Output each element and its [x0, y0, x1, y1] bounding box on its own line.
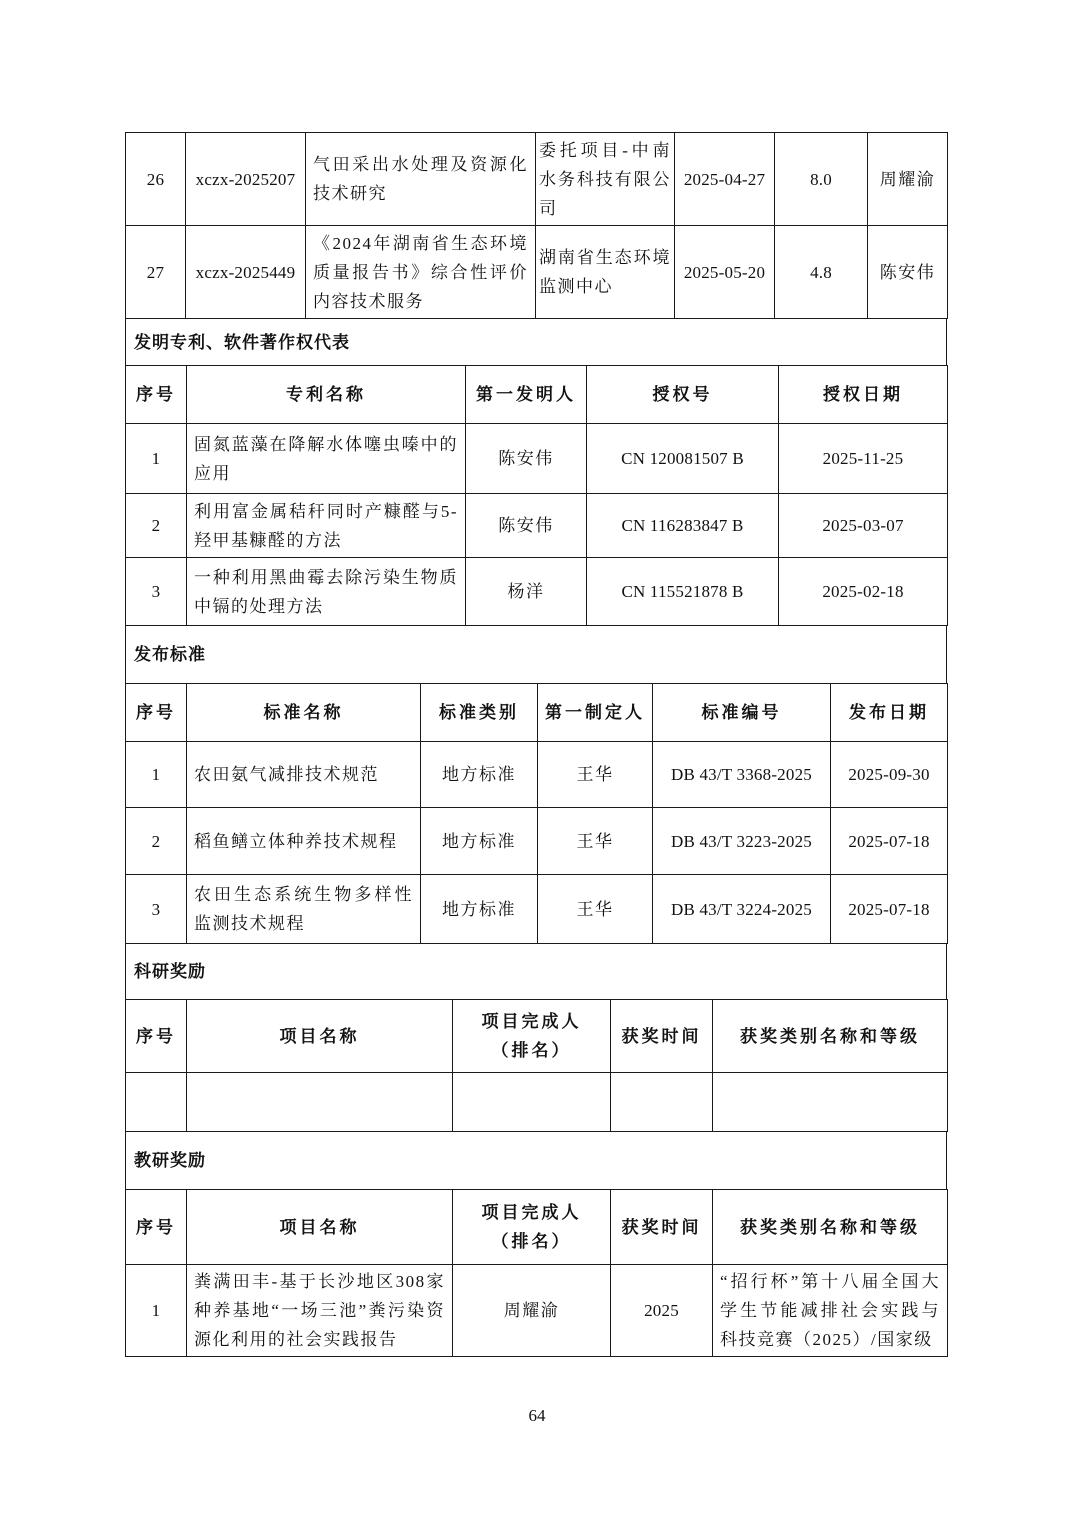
cell-standard-name: 农田生态系统生物多样性监测技术规程 [187, 875, 421, 944]
cell-patent-name: 一种利用黑曲霉去除污染生物质中镉的处理方法 [187, 558, 466, 626]
cell-standard-name: 稻鱼鳝立体种养技术规程 [187, 808, 421, 875]
cell-drafter: 王华 [538, 808, 653, 875]
cell-amount: 8.0 [775, 133, 868, 226]
patents-section-label-row: 发明专利、软件著作权代表 [125, 318, 947, 366]
cell-grant-number: CN 120081507 B [587, 424, 779, 494]
header-standard-type: 标准类别 [421, 684, 538, 742]
cell-grant-number: CN 115521878 B [587, 558, 779, 626]
document-content: 26 xczx-2025207 气田采出水处理及资源化技术研究 委托项目-中南水… [125, 132, 947, 1357]
cell-grant-date: 2025-03-07 [779, 494, 948, 558]
table-row: 26 xczx-2025207 气田采出水处理及资源化技术研究 委托项目-中南水… [126, 133, 948, 226]
cell-serial: 1 [126, 742, 187, 808]
cell-grant-number: CN 116283847 B [587, 494, 779, 558]
cell-serial: 3 [126, 558, 187, 626]
header-serial: 序号 [126, 684, 187, 742]
section-label-standards: 发布标准 [126, 626, 947, 684]
teaching-awards-table: 序号 项目名称 项目完成人 （排名） 获奖时间 获奖类别名称和等级 1 粪满田丰… [125, 1189, 948, 1357]
section-label-patents: 发明专利、软件著作权代表 [126, 319, 947, 366]
header-award-time: 获奖时间 [611, 1000, 713, 1073]
header-award-category: 获奖类别名称和等级 [713, 1190, 948, 1265]
standards-table: 序号 标准名称 标准类别 第一制定人 标准编号 发布日期 1 农田氨气减排技术规… [125, 683, 948, 944]
cell-completer: 周耀渝 [453, 1265, 611, 1357]
cell-serial: 2 [126, 494, 187, 558]
table-row: 2 利用富金属秸秆同时产糠醛与5-羟甲基糠醛的方法 陈安伟 CN 1162838… [126, 494, 948, 558]
cell-project-title: 《2024年湖南省生态环境质量报告书》综合性评价内容技术服务 [306, 226, 536, 319]
cell-client: 湖南省生态环境监测中心 [536, 226, 675, 319]
cell-award-time [611, 1073, 713, 1132]
cell-serial: 26 [126, 133, 186, 226]
cell-publish-date: 2025-07-18 [831, 808, 948, 875]
cell-serial [126, 1073, 187, 1132]
cell-serial: 2 [126, 808, 187, 875]
header-row: 序号 项目名称 项目完成人 （排名） 获奖时间 获奖类别名称和等级 [126, 1000, 948, 1073]
cell-award-category: “招行杯”第十八届全国大学生节能减排社会实践与科技竞赛（2025）/国家级 [713, 1265, 948, 1357]
header-project-completer-line2: （排名） [456, 1227, 607, 1256]
cell-standard-number: DB 43/T 3223-2025 [653, 808, 831, 875]
standards-section-label-row: 发布标准 [125, 625, 947, 684]
table-row: 2 稻鱼鳝立体种养技术规程 地方标准 王华 DB 43/T 3223-2025 … [126, 808, 948, 875]
cell-patent-name: 固氮蓝藻在降解水体噻虫嗪中的应用 [187, 424, 466, 494]
header-row: 序号 项目名称 项目完成人 （排名） 获奖时间 获奖类别名称和等级 [126, 1190, 948, 1265]
section-label-teaching-awards: 教研奖励 [126, 1132, 947, 1190]
header-grant-date: 授权日期 [779, 366, 948, 424]
cell-standard-name: 农田氨气减排技术规范 [187, 742, 421, 808]
header-first-drafter: 第一制定人 [538, 684, 653, 742]
header-serial: 序号 [126, 1190, 187, 1265]
header-award-category: 获奖类别名称和等级 [713, 1000, 948, 1073]
table-row: 27 xczx-2025449 《2024年湖南省生态环境质量报告书》综合性评价… [126, 226, 948, 319]
cell-serial: 3 [126, 875, 187, 944]
projects-table: 26 xczx-2025207 气田采出水处理及资源化技术研究 委托项目-中南水… [125, 132, 948, 319]
header-publish-date: 发布日期 [831, 684, 948, 742]
table-row: 3 农田生态系统生物多样性监测技术规程 地方标准 王华 DB 43/T 3224… [126, 875, 948, 944]
header-project-completer-line1: 项目完成人 [482, 1012, 582, 1031]
cell-person: 陈安伟 [868, 226, 948, 319]
cell-standard-number: DB 43/T 3368-2025 [653, 742, 831, 808]
table-row: 1 固氮蓝藻在降解水体噻虫嗪中的应用 陈安伟 CN 120081507 B 20… [126, 424, 948, 494]
cell-project-code: xczx-2025449 [186, 226, 306, 319]
cell-standard-type: 地方标准 [421, 875, 538, 944]
cell-inventor: 杨洋 [466, 558, 587, 626]
header-serial: 序号 [126, 1000, 187, 1073]
research-awards-label-row: 科研奖励 [125, 943, 947, 1000]
cell-project-name [187, 1073, 453, 1132]
cell-date: 2025-05-20 [675, 226, 775, 319]
cell-patent-name: 利用富金属秸秆同时产糠醛与5-羟甲基糠醛的方法 [187, 494, 466, 558]
header-row: 序号 专利名称 第一发明人 授权号 授权日期 [126, 366, 948, 424]
table-row: 3 一种利用黑曲霉去除污染生物质中镉的处理方法 杨洋 CN 115521878 … [126, 558, 948, 626]
table-row: 1 农田氨气减排技术规范 地方标准 王华 DB 43/T 3368-2025 2… [126, 742, 948, 808]
cell-serial: 27 [126, 226, 186, 319]
cell-serial: 1 [126, 1265, 187, 1357]
cell-award-time: 2025 [611, 1265, 713, 1357]
teaching-awards-label-row: 教研奖励 [125, 1131, 947, 1190]
table-row: 1 粪满田丰-基于长沙地区308家种养基地“一场三池”粪污染资源化利用的社会实践… [126, 1265, 948, 1357]
cell-grant-date: 2025-11-25 [779, 424, 948, 494]
header-award-time: 获奖时间 [611, 1190, 713, 1265]
header-standard-number: 标准编号 [653, 684, 831, 742]
page-number: 64 [0, 1406, 1074, 1426]
header-first-inventor: 第一发明人 [466, 366, 587, 424]
cell-inventor: 陈安伟 [466, 494, 587, 558]
header-project-completer-line1: 项目完成人 [482, 1203, 582, 1222]
cell-project-title: 气田采出水处理及资源化技术研究 [306, 133, 536, 226]
cell-standard-number: DB 43/T 3224-2025 [653, 875, 831, 944]
header-project-completer: 项目完成人 （排名） [453, 1190, 611, 1265]
cell-grant-date: 2025-02-18 [779, 558, 948, 626]
cell-publish-date: 2025-07-18 [831, 875, 948, 944]
header-serial: 序号 [126, 366, 187, 424]
cell-drafter: 王华 [538, 742, 653, 808]
header-grant-number: 授权号 [587, 366, 779, 424]
cell-completer [453, 1073, 611, 1132]
document-page: 26 xczx-2025207 气田采出水处理及资源化技术研究 委托项目-中南水… [0, 0, 1074, 1520]
cell-amount: 4.8 [775, 226, 868, 319]
header-project-name: 项目名称 [187, 1190, 453, 1265]
header-project-completer: 项目完成人 （排名） [453, 1000, 611, 1073]
cell-date: 2025-04-27 [675, 133, 775, 226]
header-project-completer-line2: （排名） [456, 1036, 607, 1065]
cell-serial: 1 [126, 424, 187, 494]
patents-table: 序号 专利名称 第一发明人 授权号 授权日期 1 固氮蓝藻在降解水体噻虫嗪中的应… [125, 365, 948, 626]
header-patent-name: 专利名称 [187, 366, 466, 424]
research-awards-table: 序号 项目名称 项目完成人 （排名） 获奖时间 获奖类别名称和等级 [125, 999, 948, 1132]
header-project-name: 项目名称 [187, 1000, 453, 1073]
cell-person: 周耀渝 [868, 133, 948, 226]
header-standard-name: 标准名称 [187, 684, 421, 742]
cell-client: 委托项目-中南水务科技有限公司 [536, 133, 675, 226]
header-row: 序号 标准名称 标准类别 第一制定人 标准编号 发布日期 [126, 684, 948, 742]
cell-award-category [713, 1073, 948, 1132]
cell-inventor: 陈安伟 [466, 424, 587, 494]
cell-project-name: 粪满田丰-基于长沙地区308家种养基地“一场三池”粪污染资源化利用的社会实践报告 [187, 1265, 453, 1357]
cell-standard-type: 地方标准 [421, 808, 538, 875]
table-row [126, 1073, 948, 1132]
section-label-research-awards: 科研奖励 [126, 944, 947, 1000]
cell-standard-type: 地方标准 [421, 742, 538, 808]
cell-publish-date: 2025-09-30 [831, 742, 948, 808]
cell-drafter: 王华 [538, 875, 653, 944]
cell-project-code: xczx-2025207 [186, 133, 306, 226]
